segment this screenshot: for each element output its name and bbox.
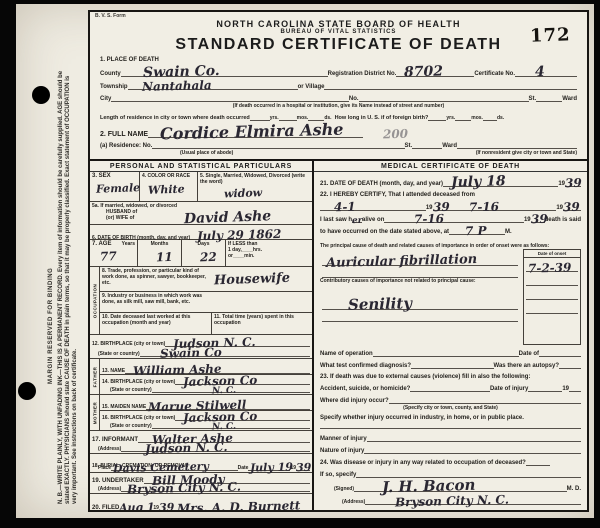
full-name-field: Cordice Elmira Ashe 200 (148, 121, 362, 138)
certify-dates-row: 4-1 19 39 7-16 19 39 (320, 198, 581, 211)
hour-field: 7 P (449, 223, 505, 235)
age-ifless-cell: If LESS than 1 day,____hrs. or____min. (226, 240, 312, 266)
dod-value: July 18 (451, 173, 506, 190)
marital-label: 5. Single, Married, Widowed, Divorced (w… (200, 173, 310, 185)
residence-notes-row: (Usual place of abode) (If nonresident g… (100, 149, 577, 156)
occupation-content: 8. Trade, profession, or particular kind… (100, 267, 312, 334)
city-field (111, 90, 349, 102)
age-months-value: 11 (156, 250, 179, 265)
certificate-number-stamp: 172 (530, 24, 571, 46)
certificate-form: B. V. S. Form 172 NORTH CAROLINA STATE B… (88, 10, 589, 512)
mother-bp-row: 16. BIRTHPLACE (city or town) Jackson Co… (100, 411, 312, 430)
age-row: 7. AGE Years 77 Months 11 Days 22 If LES… (90, 240, 312, 267)
informant-row: 17. INFORMANT Walter Ashe (Address) Juds… (90, 431, 312, 454)
m-label: M. (505, 229, 512, 235)
operation-row: Name of operation Date of (320, 345, 581, 357)
margin-binding-text: MARGIN RESERVED FOR BINDING (48, 268, 54, 384)
birthplace-state-line: (State or country) Swain Co (90, 347, 312, 358)
where-row: Where did injury occur? (320, 392, 581, 404)
township-row: Township Nantahala or Village (100, 77, 577, 90)
operation-field (373, 345, 519, 357)
age-days-value: 22 (200, 250, 223, 265)
hour-value: 7 P (465, 224, 487, 239)
father-name-field: William Ashe (125, 359, 310, 374)
medical-column: MEDICAL CERTIFICATE OF DEATH 21. DATE OF… (314, 161, 587, 511)
marital-cell: 5. Single, Married, Widowed, Divorced (w… (198, 172, 312, 201)
undertaker-row: 19. UNDERTAKER Bill Moody (Address) Brys… (90, 473, 312, 494)
village-field (324, 77, 577, 90)
cause-area: Auricular fibrillation Contributory caus… (320, 249, 581, 345)
contributory-label-line: Contributory causes of importance not re… (320, 278, 520, 291)
spouse-label-cell: 5a. If married, widowed, or divorced HUS… (90, 202, 182, 224)
mother-side-text: MOTHER (92, 401, 97, 424)
maiden-field: Marue Stilwell (146, 395, 310, 410)
maiden-label: 15. MAIDEN NAME (102, 404, 146, 410)
date-of-onset-label: Date of onset (524, 250, 580, 258)
race-value: White (148, 182, 195, 197)
birthplace-state-label: (State or country) (98, 351, 140, 357)
trade-row: 8. Trade, profession, or particular kind… (100, 267, 312, 292)
attended-from-field: 4-1 (320, 198, 426, 211)
father-side-label: FATHER (90, 359, 100, 394)
from-year-field: 39 (433, 198, 451, 211)
occupation-side-text: OCCUPATION (92, 283, 97, 318)
informant-address-value: Judson N. C. (145, 440, 228, 456)
contributory-field: Senility (322, 291, 518, 310)
age-days-cell: Days 22 (182, 240, 226, 266)
sex-cell: 3. SEX Female (90, 172, 140, 201)
signed-label: (Signed) (334, 486, 354, 492)
dateof-label: Date of (519, 351, 539, 357)
filed-date-field: Aug 1 (119, 494, 153, 511)
sex-race-marital-row: 3. SEX Female 4. COLOR OR RACE White 5. … (90, 172, 312, 202)
onset-blank-2 (526, 286, 578, 300)
dod-field: July 18 (443, 172, 558, 187)
margin-binding-label: MARGIN RESERVED FOR BINDING (48, 268, 54, 384)
ifso-label: If so, specify (320, 472, 356, 478)
filed-label: 20. FILED (92, 505, 119, 511)
signed-address-row: (Address) Bryson City N. C. (320, 492, 581, 505)
lastsaw-label-a: I last saw h (320, 217, 352, 223)
abode-note: (Usual place of abode) (180, 150, 233, 156)
lastsaw-year-field: 39 (531, 211, 545, 223)
dob-cell: 6. DATE OF BIRTH (month, day, and year) … (90, 225, 312, 239)
onset-blank-3 (526, 300, 578, 314)
st-label: St. (529, 96, 537, 102)
injury-year-field (569, 380, 581, 392)
lastsaw-pronoun-field: er (352, 211, 362, 223)
dob-row: 6. DATE OF BIRTH (month, day, and year) … (90, 225, 312, 240)
personal-column: PERSONAL AND STATISTICAL PARTICULARS 3. … (90, 161, 314, 511)
race-label: 4. COLOR OR RACE (142, 173, 195, 179)
hospital-note-row: (If death occurred in a hospital or inst… (100, 102, 577, 109)
certificate-title: STANDARD CERTIFICATE OF DEATH (90, 36, 587, 54)
filed-date-value: Aug 1 (119, 501, 155, 512)
township-field: Nantahala (128, 77, 298, 90)
city-no-label: No. (349, 96, 359, 102)
lastsaw-row: I last saw h er alive on 7-16 19 39 deat… (320, 211, 581, 223)
signed-field: J. H. Bacon (354, 478, 567, 492)
to-year-value: 39 (563, 200, 580, 214)
father-bp-state-label: (State or country) (110, 387, 152, 393)
residence-field (152, 138, 404, 149)
form-header: NORTH CAROLINA STATE BOARD OF HEALTH BUR… (90, 12, 587, 54)
full-name-row: 2. FULL NAME Cordice Elmira Ashe 200 (100, 121, 577, 138)
contributory-label: Contributory causes of importance not re… (320, 278, 520, 284)
informant-address-field: Judson N. C. (121, 443, 310, 452)
principal-cause-field: Auricular fibrillation (322, 249, 518, 266)
industry-field (212, 292, 312, 312)
months-label: Months (140, 241, 179, 247)
injury-date-field (528, 380, 562, 392)
lastsaw-label-b: alive on (362, 217, 384, 223)
specify-blank-row (320, 421, 581, 429)
res-mos-field (279, 109, 297, 121)
undertaker-address-label: (Address) (98, 486, 121, 492)
where-label: Where did injury occur? (320, 398, 389, 404)
spouse-value-cell: David Ashe (182, 202, 312, 224)
residence-st-label: St. (405, 143, 413, 149)
burial-year-field: 39 (296, 462, 310, 471)
father-bp-field: Jackson Co (175, 375, 310, 385)
registrar-field: Mrs. A. D. Burnett Registrar. (171, 494, 310, 511)
full-name-label: 2. FULL NAME (100, 131, 148, 138)
maiden-row: 15. MAIDEN NAME Marue Stilwell (100, 395, 312, 411)
lastsaw-pronoun-value: er (352, 216, 363, 226)
us-mos-field (455, 109, 471, 121)
sex-value: Female (96, 181, 137, 195)
specify-row: Specify whether injury occurred in indus… (320, 411, 581, 421)
specify-note-row: (Specify city or town, county, and State… (320, 404, 581, 411)
date-of-onset-box: Date of onset 7-2-39 (523, 249, 581, 345)
us-mos-label: mos. (471, 115, 483, 121)
occupation-side-label: OCCUPATION (90, 267, 100, 334)
years-label: Years (122, 241, 135, 247)
place-of-death-row: 1. PLACE OF DEATH (100, 54, 577, 63)
birthplace-state-field: Swain Co (140, 347, 310, 357)
spouse-row: 5a. If married, widowed, or divorced HUS… (90, 202, 312, 225)
test-field (411, 357, 494, 369)
to-year-field: 39 (563, 198, 581, 211)
cause-blank-line-2 (322, 310, 518, 322)
hole-punch-bottom (18, 382, 36, 400)
lastsaw-year-value: 39 (530, 212, 547, 226)
district-field: 8702 (396, 63, 474, 77)
father-name-label: 13. NAME (102, 368, 125, 374)
mother-bp-state-label: (State or country) (110, 423, 152, 429)
occupation-question-row: 24. Was disease or injury in any way rel… (320, 454, 581, 466)
form-code: B. V. S. Form (95, 13, 126, 19)
signed-row: (Signed) J. H. Bacon M. D. (320, 478, 581, 492)
res-yrs-field (250, 109, 270, 121)
county-row: County Swain Co. Registration District N… (100, 63, 577, 77)
nature-row: Nature of injury (320, 442, 581, 454)
marital-value: widow (224, 185, 310, 201)
burial-row: 18. BURIAL, CREMATION, OR REMOVAL Place … (90, 454, 312, 473)
operation-date-field (539, 345, 581, 357)
ifless-3: or____min. (228, 253, 310, 259)
mother-group: MOTHER 15. MAIDEN NAME Marue Stilwell 16… (90, 395, 312, 431)
personal-header: PERSONAL AND STATISTICAL PARTICULARS (90, 161, 312, 172)
onset-field: 7-2-39 (526, 258, 578, 272)
lastwork-label: 10. Date deceased last worked at this oc… (100, 313, 212, 334)
mother-bp-field: Jackson Co (175, 411, 310, 421)
manner-row: Manner of injury (320, 429, 581, 442)
dod-label: 21. DATE OF DEATH (month, day, and year) (320, 181, 443, 187)
onset-blank-1 (526, 272, 578, 286)
certno-field: 4 (515, 63, 577, 77)
lastsaw-field: 7-16 (384, 211, 524, 223)
mother-bp-state-field: N. C. (152, 421, 310, 429)
lastsaw-yr-printed: 19 (524, 217, 531, 223)
test-row: What test confirmed diagnosis? Was there… (320, 357, 581, 369)
lastwork-row: 10. Date deceased last worked at this oc… (100, 313, 312, 334)
occurred-label: to have occurred on the date stated abov… (320, 229, 449, 235)
dod-year-value: 39 (565, 176, 582, 190)
attended-to-field: 7-16 (451, 198, 557, 211)
mother-content: 15. MAIDEN NAME Marue Stilwell 16. BIRTH… (100, 395, 312, 430)
us-yrs-label: yrs. (446, 115, 455, 121)
birthplace-row: 12. BIRTHPLACE (city or town) Judson N. … (90, 335, 312, 359)
signed-address-field: Bryson City N. C. (365, 492, 581, 505)
burial-place-label: Place (98, 465, 111, 471)
nonresident-note: (If nonresident give city or town and St… (476, 150, 577, 156)
residence-ward-label: Ward (442, 143, 457, 149)
occupation-group: OCCUPATION 8. Trade, profession, or part… (90, 267, 312, 335)
medical-header: MEDICAL CERTIFICATE OF DEATH (314, 161, 587, 172)
age-label: 7. AGE (92, 241, 111, 247)
burial-date-field: July 19 (248, 462, 290, 471)
age-years-value: 77 (100, 248, 135, 263)
burial-date-label: Date (238, 465, 249, 471)
trade-label: 8. Trade, profession, or particular kind… (100, 267, 212, 291)
industry-label: 9. Industry or business in which work wa… (100, 292, 212, 312)
us-yrs-field (428, 109, 446, 121)
county-label: County (100, 71, 121, 77)
accident-field (410, 380, 490, 392)
autopsy-field (559, 357, 581, 369)
father-name-row: 13. NAME William Ashe (100, 359, 312, 375)
operation-label: Name of operation (320, 351, 373, 357)
bureau-title: BUREAU OF VITAL STATISTICS (90, 29, 587, 35)
signed-address-label: (Address) (342, 499, 365, 505)
lastsaw-value: 7-16 (414, 212, 444, 227)
dod-row: 21. DATE OF DEATH (month, day, and year)… (320, 172, 581, 187)
trade-field: Housewife (212, 267, 312, 291)
nature-field (364, 442, 581, 454)
signed-address-value: Bryson City N. C. (395, 493, 509, 510)
specify-field (320, 421, 581, 429)
external-row: 23. If death was due to external causes … (320, 369, 581, 380)
manner-field (367, 429, 581, 442)
registrar-value: Mrs. A. D. Burnett (177, 498, 301, 512)
spouse-label-3: (or) WIFE of (106, 215, 180, 221)
burial-place-field: Davis Cemetery (111, 462, 238, 471)
trade-value: Housewife (214, 271, 290, 289)
filed-year-field: 39 (159, 494, 171, 511)
mother-side-label: MOTHER (90, 395, 100, 430)
st-field (536, 90, 562, 102)
totaltime-label: 11. Total time (years) spent in this occ… (212, 313, 312, 334)
us-ds-field (483, 109, 497, 121)
accident-row: Accident, suicide, or homicide? Date of … (320, 380, 581, 392)
age-months-cell: Months 11 (138, 240, 182, 266)
manner-label: Manner of injury (320, 436, 367, 442)
industry-row: 9. Industry or business in which work wa… (100, 292, 312, 313)
test-label: What test confirmed diagnosis? (320, 363, 411, 369)
occupation-question-field (526, 454, 550, 466)
father-content: 13. NAME William Ashe 14. BIRTHPLACE (ci… (100, 359, 312, 394)
city-label: City (100, 96, 111, 102)
us-ds-label: ds. (497, 115, 504, 121)
margin-note-text: N. B.—WRITE PLAINLY, WITH UNFADING INK—T… (58, 68, 79, 504)
columns: PERSONAL AND STATISTICAL PARTICULARS 3. … (90, 159, 587, 511)
cause-lines: Auricular fibrillation Contributory caus… (320, 249, 523, 345)
where-field (389, 392, 581, 404)
days-label: Days (184, 241, 223, 247)
age-years-cell: 7. AGE Years 77 (90, 240, 138, 266)
city-row: City No. St. Ward (100, 90, 577, 102)
lastsaw-label-c: death is said (545, 217, 581, 223)
county-field: Swain Co. (121, 63, 328, 77)
father-side-text: FATHER (92, 366, 97, 387)
father-group: FATHER 13. NAME William Ashe 14. BIRTHPL… (90, 359, 312, 395)
hole-punch-top (32, 86, 50, 104)
scanned-death-certificate: { "stamp": "172", "form_code": "B. V. S.… (0, 0, 600, 528)
father-bp-state-field: N. C. (152, 385, 310, 393)
ward-label: Ward (562, 96, 577, 102)
cause-blank-line-3 (322, 322, 518, 334)
board-title: NORTH CAROLINA STATE BOARD OF HEALTH (90, 19, 587, 29)
sex-label: 3. SEX (92, 173, 137, 179)
dod-year-field: 39 (565, 172, 581, 187)
filed-row: 20. FILED Aug 1 19 39 Mrs. A. D. Burnett… (90, 494, 312, 511)
informant-address-label: (Address) (98, 446, 121, 452)
cause-blank-line-1 (322, 266, 518, 278)
undertaker-address-field: Bryson City N. C. (121, 484, 310, 492)
residence-row: (a) Residence: No. St. Ward (100, 138, 577, 149)
race-cell: 4. COLOR OR RACE White (140, 172, 198, 201)
autopsy-label: Was there an autopsy? (494, 363, 559, 369)
nature-label: Nature of injury (320, 448, 364, 454)
specify-note: (Specify city or town, county, and State… (403, 405, 498, 411)
principal-label-row: The principal cause of death and related… (320, 235, 581, 249)
margin-note-paragraph: N. B.—WRITE PLAINLY, WITH UNFADING INK—T… (58, 68, 79, 504)
city-no-field (359, 90, 529, 102)
residence-ward-field (457, 138, 577, 149)
onset-blank-4 (526, 314, 578, 328)
father-bp-row: 14. BIRTHPLACE (city or town) Jackson Co… (100, 375, 312, 394)
residence-label: (a) Residence: No. (100, 143, 152, 149)
residence-st-field (412, 138, 442, 149)
